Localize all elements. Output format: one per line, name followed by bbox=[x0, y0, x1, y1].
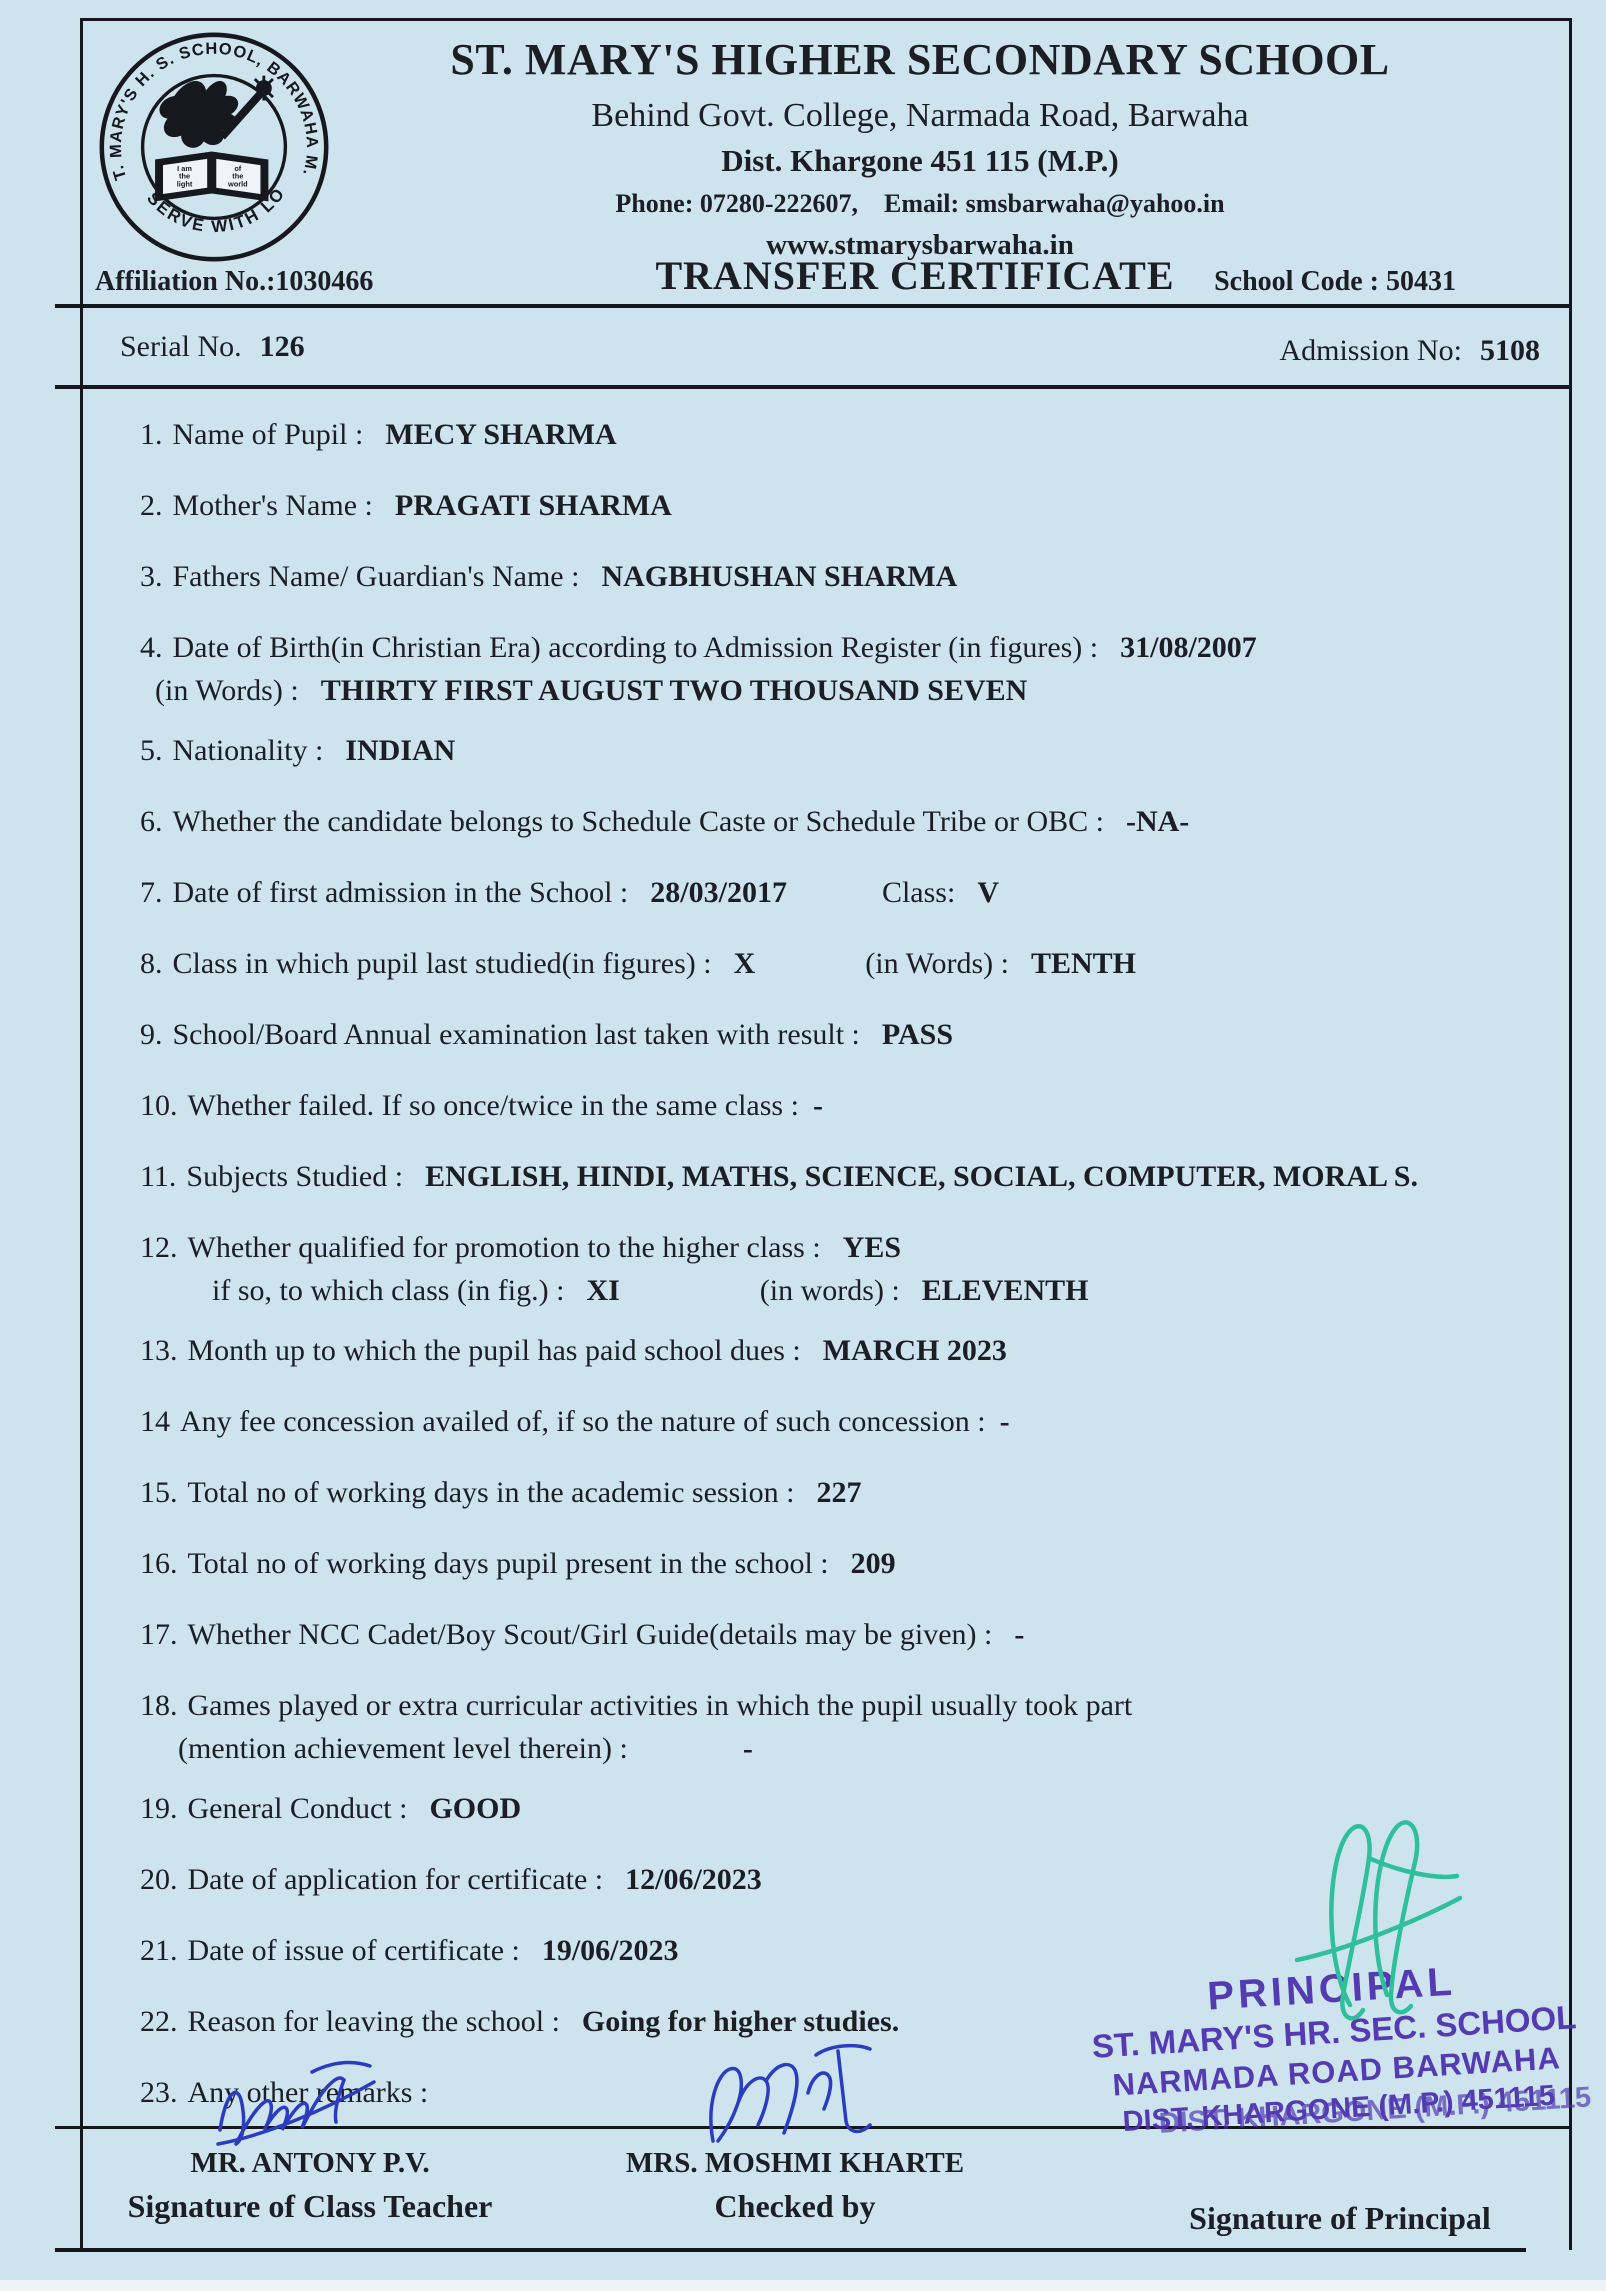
item-number: 20. bbox=[140, 1863, 178, 1896]
item-row-18: 18.Games played or extra curricular acti… bbox=[0, 1689, 1606, 1723]
item-subrow-12: if so, to which class (in fig.) :XI(in w… bbox=[0, 1274, 1606, 1308]
item-number: 8. bbox=[140, 947, 163, 980]
item-row-10: 10.Whether failed. If so once/twice in t… bbox=[0, 1089, 1606, 1123]
frame-top-rule bbox=[80, 18, 1572, 21]
item-label-2: Class: bbox=[882, 876, 955, 909]
item-value: 227 bbox=[816, 1476, 861, 1509]
admission-label: Admission No: bbox=[1279, 334, 1462, 367]
item-value: INDIAN bbox=[345, 734, 455, 767]
item-row-17: 17.Whether NCC Cadet/Boy Scout/Girl Guid… bbox=[0, 1618, 1606, 1652]
item-number: 4. bbox=[140, 631, 163, 664]
item-number: 13. bbox=[140, 1334, 178, 1367]
item-value-2: TENTH bbox=[1031, 947, 1136, 980]
item-number: 1. bbox=[140, 418, 163, 451]
item-subrow-18: (mention achievement level therein) :- bbox=[0, 1732, 1606, 1766]
item-label: Whether NCC Cadet/Boy Scout/Girl Guide(d… bbox=[188, 1618, 993, 1651]
item-number: 11. bbox=[140, 1160, 176, 1193]
item-row-1: 1.Name of Pupil :MECY SHARMA bbox=[0, 418, 1606, 452]
item-label: Name of Pupil : bbox=[173, 418, 364, 451]
item-value: 19/06/2023 bbox=[542, 1934, 679, 1967]
item-value-2: V bbox=[977, 876, 999, 909]
item-sub-label: (mention achievement level therein) : bbox=[178, 1732, 628, 1765]
item-value: YES bbox=[843, 1231, 901, 1264]
school-district: Dist. Khargone 451 115 (M.P.) bbox=[330, 143, 1510, 179]
checked-by-role-label: Checked by bbox=[560, 2188, 1030, 2225]
item-row-13: 13.Month up to which the pupil has paid … bbox=[0, 1334, 1606, 1368]
item-row-7: 7.Date of first admission in the School … bbox=[0, 876, 1606, 910]
admission-number: Admission No:5108 bbox=[1279, 334, 1540, 368]
item-number: 7. bbox=[140, 876, 163, 909]
transfer-certificate-document: ST. MARY'S H. S. SCHOOL, BARWAHA M.P. TO… bbox=[0, 0, 1606, 2291]
item-value: GOOD bbox=[429, 1792, 521, 1825]
item-value: -NA- bbox=[1126, 805, 1189, 838]
item-value: - bbox=[813, 1089, 823, 1122]
item-number: 18. bbox=[140, 1689, 178, 1722]
item-row-14: 14Any fee concession availed of, if so t… bbox=[0, 1405, 1606, 1439]
serial-label: Serial No. bbox=[120, 330, 242, 363]
principal-role-label: Signature of Principal bbox=[1120, 2200, 1560, 2237]
item-sub-value: THIRTY FIRST AUGUST TWO THOUSAND SEVEN bbox=[321, 674, 1028, 707]
school-code: School Code : 50431 bbox=[1214, 266, 1456, 298]
item-label: Date of Birth(in Christian Era) accordin… bbox=[173, 631, 1099, 664]
item-label: Whether qualified for promotion to the h… bbox=[188, 1231, 821, 1264]
item-label: Fathers Name/ Guardian's Name : bbox=[173, 560, 580, 593]
item-number: 12. bbox=[140, 1231, 178, 1264]
item-value: ENGLISH, HINDI, MATHS, SCIENCE, SOCIAL, … bbox=[425, 1160, 1418, 1193]
book-word-6: world bbox=[227, 180, 248, 189]
item-label: Whether failed. If so once/twice in the … bbox=[188, 1089, 799, 1122]
item-number: 16. bbox=[140, 1547, 178, 1580]
school-emblem-icon: ST. MARY'S H. S. SCHOOL, BARWAHA M.P. TO… bbox=[95, 28, 333, 266]
serial-number: Serial No.126 bbox=[120, 330, 305, 364]
item-value: NAGBHUSHAN SHARMA bbox=[601, 560, 957, 593]
item-number: 23. bbox=[140, 2076, 178, 2109]
item-label: Total no of working days in the academic… bbox=[188, 1476, 795, 1509]
school-address: Behind Govt. College, Narmada Road, Barw… bbox=[330, 97, 1510, 135]
class-teacher-signature-ink bbox=[212, 2052, 382, 2152]
item-sub-value: - bbox=[743, 1732, 753, 1765]
item-label: Date of application for certificate : bbox=[188, 1863, 604, 1896]
item-label: Nationality : bbox=[173, 734, 324, 767]
item-label: Games played or extra curricular activit… bbox=[188, 1689, 1133, 1722]
item-row-2: 2.Mother's Name :PRAGATI SHARMA bbox=[0, 489, 1606, 523]
item-row-12: 12.Whether qualified for promotion to th… bbox=[0, 1231, 1606, 1265]
serial-divider-rule bbox=[55, 385, 1572, 389]
item-value: 28/03/2017 bbox=[650, 876, 787, 909]
item-row-5: 5.Nationality :INDIAN bbox=[0, 734, 1606, 768]
admission-value: 5108 bbox=[1480, 334, 1540, 367]
item-value: - bbox=[1000, 1405, 1010, 1438]
item-number: 2. bbox=[140, 489, 163, 522]
item-label-2: (in Words) : bbox=[865, 947, 1009, 980]
header-divider-rule bbox=[55, 304, 1572, 308]
item-row-6: 6.Whether the candidate belongs to Sched… bbox=[0, 805, 1606, 839]
item-label: Date of issue of certificate : bbox=[188, 1934, 520, 1967]
item-value: 31/08/2007 bbox=[1120, 631, 1257, 664]
item-label: Subjects Studied : bbox=[186, 1160, 403, 1193]
letterhead: ST. MARY'S HIGHER SECONDARY SCHOOL Behin… bbox=[330, 34, 1510, 262]
checked-by-name: MRS. MOSHMI KHARTE bbox=[560, 2147, 1030, 2180]
item-sub-label-2: (in words) : bbox=[760, 1274, 900, 1307]
item-number: 14 bbox=[140, 1405, 170, 1438]
school-email: Email: smsbarwaha@yahoo.in bbox=[884, 189, 1225, 218]
item-value: PRAGATI SHARMA bbox=[395, 489, 672, 522]
item-label: Any fee concession availed of, if so the… bbox=[180, 1405, 986, 1438]
item-number: 3. bbox=[140, 560, 163, 593]
item-row-4: 4.Date of Birth(in Christian Era) accord… bbox=[0, 631, 1606, 665]
checked-by-signature-block: MRS. MOSHMI KHARTE Checked by bbox=[560, 2147, 1030, 2225]
item-number: 6. bbox=[140, 805, 163, 838]
principal-signature-ink bbox=[1245, 1810, 1475, 2038]
item-row-8: 8.Class in which pupil last studied(in f… bbox=[0, 947, 1606, 981]
class-teacher-role-label: Signature of Class Teacher bbox=[100, 2188, 520, 2225]
item-row-15: 15.Total no of working days in the acade… bbox=[0, 1476, 1606, 1510]
item-label: Total no of working days pupil present i… bbox=[188, 1547, 829, 1580]
document-title: TRANSFER CERTIFICATE bbox=[585, 252, 1245, 299]
scan-edge bbox=[0, 2280, 1606, 2291]
item-label: General Conduct : bbox=[188, 1792, 408, 1825]
item-label: School/Board Annual examination last tak… bbox=[173, 1018, 860, 1051]
item-value: 12/06/2023 bbox=[625, 1863, 762, 1896]
item-number: 17. bbox=[140, 1618, 178, 1651]
item-number: 9. bbox=[140, 1018, 163, 1051]
serial-value: 126 bbox=[260, 330, 305, 363]
item-number: 15. bbox=[140, 1476, 178, 1509]
item-number: 19. bbox=[140, 1792, 178, 1825]
item-row-16: 16.Total no of working days pupil presen… bbox=[0, 1547, 1606, 1581]
school-contact: Phone: 07280-222607,Email: smsbarwaha@ya… bbox=[330, 189, 1510, 219]
item-label: Reason for leaving the school : bbox=[188, 2005, 560, 2038]
item-number: 5. bbox=[140, 734, 163, 767]
item-subrow-4: (in Words) :THIRTY FIRST AUGUST TWO THOU… bbox=[0, 674, 1606, 708]
item-label: Mother's Name : bbox=[173, 489, 373, 522]
item-value: - bbox=[1014, 1618, 1024, 1651]
item-number: 10. bbox=[140, 1089, 178, 1122]
item-label: Class in which pupil last studied(in fig… bbox=[173, 947, 712, 980]
item-sub-value: XI bbox=[586, 1274, 619, 1307]
principal-signature-block: Signature of Principal bbox=[1120, 2192, 1560, 2237]
bottom-rule bbox=[55, 2248, 1526, 2252]
item-value: X bbox=[734, 947, 756, 980]
item-label: Month up to which the pupil has paid sch… bbox=[188, 1334, 801, 1367]
item-number: 21. bbox=[140, 1934, 178, 1967]
item-sub-label: if so, to which class (in fig.) : bbox=[212, 1274, 564, 1307]
school-name: ST. MARY'S HIGHER SECONDARY SCHOOL bbox=[330, 34, 1510, 85]
item-label: Date of first admission in the School : bbox=[173, 876, 629, 909]
item-number: 22. bbox=[140, 2005, 178, 2038]
item-sub-label: (in Words) : bbox=[155, 674, 299, 707]
item-row-3: 3.Fathers Name/ Guardian's Name :NAGBHUS… bbox=[0, 560, 1606, 594]
class-teacher-signature-block: MR. ANTONY P.V. Signature of Class Teach… bbox=[100, 2147, 520, 2225]
item-value: MECY SHARMA bbox=[385, 418, 616, 451]
item-sub-value-2: ELEVENTH bbox=[922, 1274, 1089, 1307]
school-logo: ST. MARY'S H. S. SCHOOL, BARWAHA M.P. TO… bbox=[95, 28, 333, 271]
checked-by-signature-ink bbox=[688, 2033, 903, 2148]
item-label: Whether the candidate belongs to Schedul… bbox=[173, 805, 1104, 838]
item-value: MARCH 2023 bbox=[823, 1334, 1007, 1367]
item-row-9: 9.School/Board Annual examination last t… bbox=[0, 1018, 1606, 1052]
school-phone: Phone: 07280-222607, bbox=[615, 189, 858, 218]
affiliation-number: Affiliation No.:1030466 bbox=[95, 266, 373, 298]
item-value: PASS bbox=[882, 1018, 953, 1051]
book-word-3: light bbox=[177, 180, 193, 189]
item-value: 209 bbox=[851, 1547, 896, 1580]
item-row-11: 11.Subjects Studied :ENGLISH, HINDI, MAT… bbox=[0, 1160, 1606, 1194]
